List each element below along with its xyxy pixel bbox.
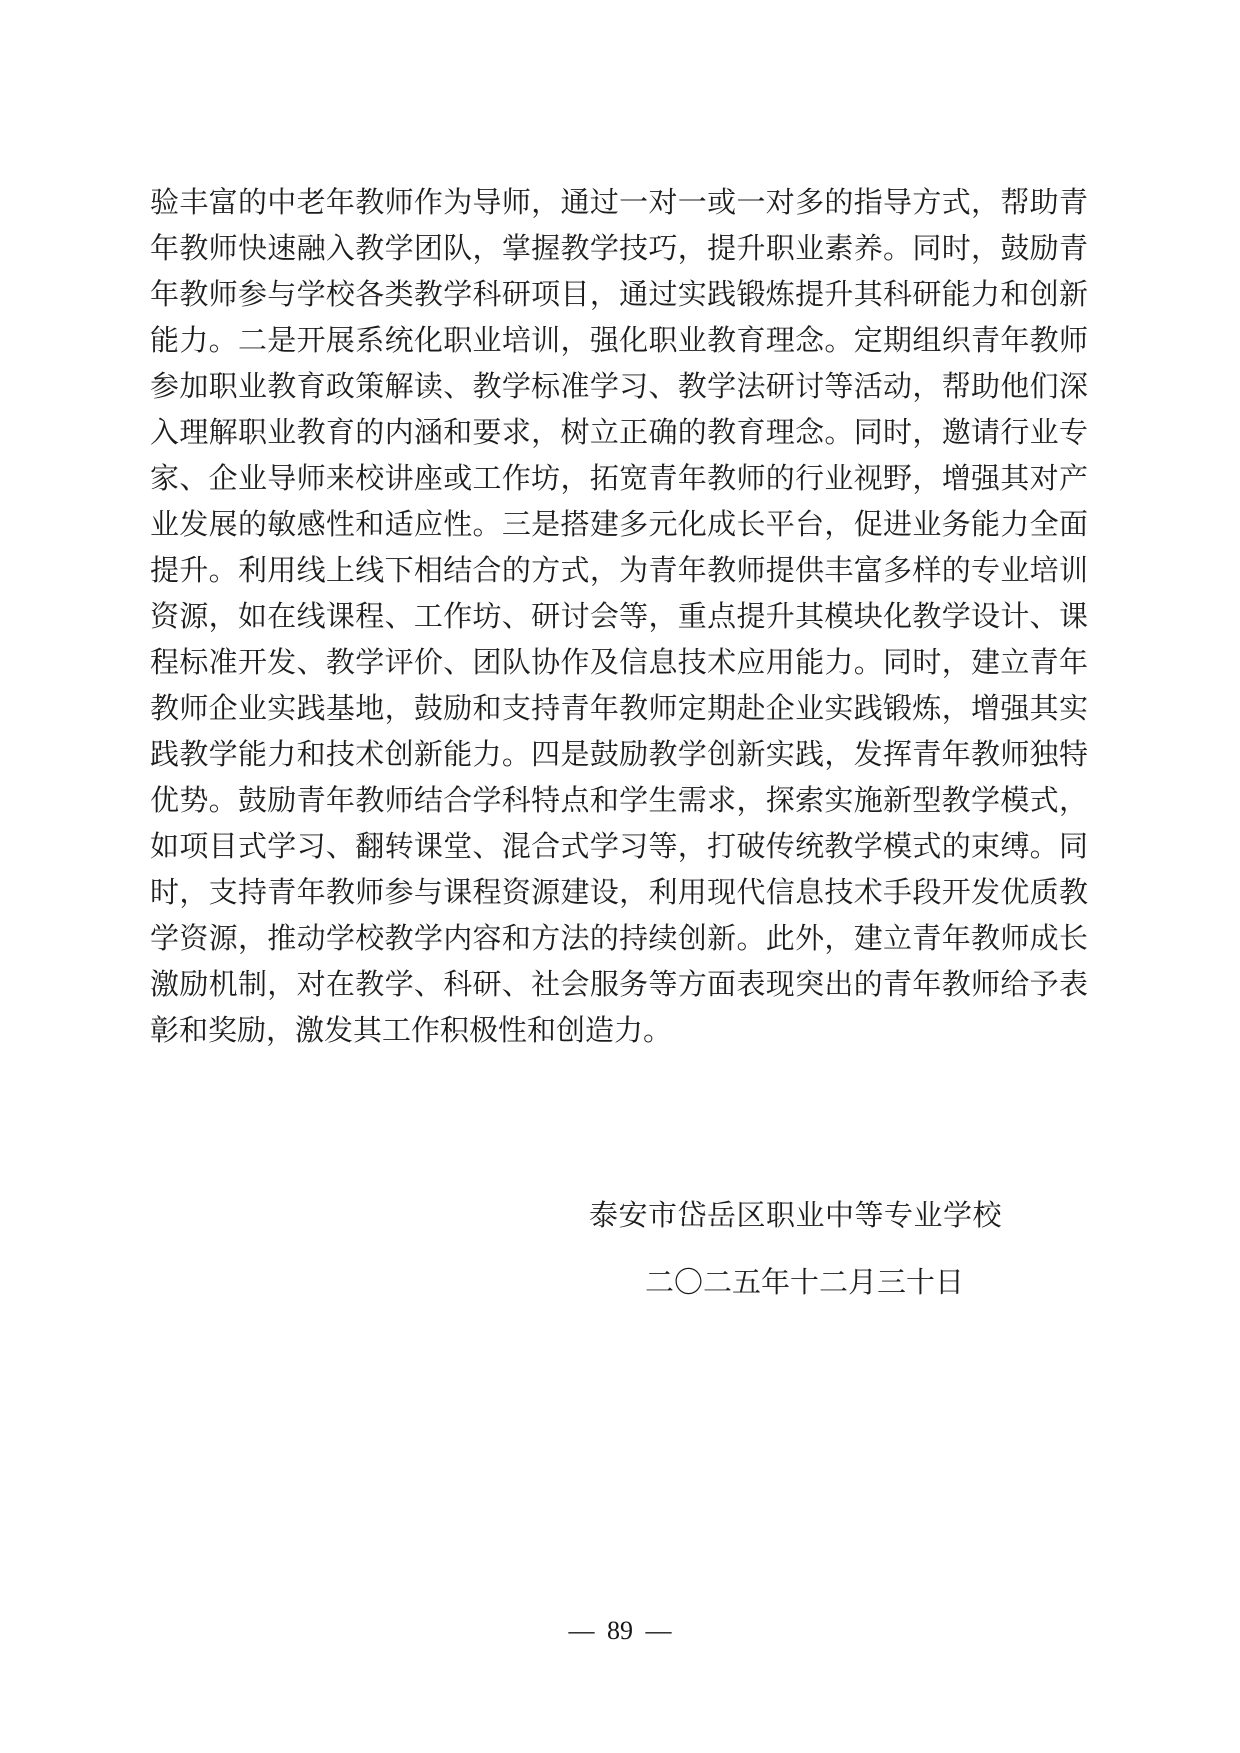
body-text-line: 时，支持青年教师参与课程资源建设，利用现代信息技术手段开发优质教 <box>150 869 1088 915</box>
body-text-line: 业发展的敏感性和适应性。三是搭建多元化成长平台，促进业务能力全面 <box>150 501 1088 547</box>
body-text-line: 如项目式学习、翻转课堂、混合式学习等，打破传统教学模式的束缚。同 <box>150 823 1088 869</box>
body-text-line: 激励机制，对在教学、科研、社会服务等方面表现突出的青年教师给予表 <box>150 961 1088 1007</box>
body-text-line: 彰和奖励，激发其工作积极性和创造力。 <box>150 1007 1088 1053</box>
signature-school-name: 泰安市岱岳区职业中等专业学校 <box>589 1195 1002 1235</box>
document-page: 验丰富的中老年教师作为导师，通过一对一或一对多的指导方式，帮助青年教师快速融入教… <box>0 0 1240 1753</box>
body-text-line: 验丰富的中老年教师作为导师，通过一对一或一对多的指导方式，帮助青 <box>150 179 1088 225</box>
signature-date: 二〇二五年十二月三十日 <box>645 1262 964 1302</box>
body-text-line: 践教学能力和技术创新能力。四是鼓励教学创新实践，发挥青年教师独特 <box>150 731 1088 777</box>
body-text-line: 程标准开发、教学评价、团队协作及信息技术应用能力。同时，建立青年 <box>150 639 1088 685</box>
body-text-line: 年教师快速融入教学团队，掌握教学技巧，提升职业素养。同时，鼓励青 <box>150 225 1088 271</box>
page-number: — 89 — <box>0 1616 1240 1646</box>
body-text-line: 入理解职业教育的内涵和要求，树立正确的教育理念。同时，邀请行业专 <box>150 409 1088 455</box>
body-text-line: 能力。二是开展系统化职业培训，强化职业教育理念。定期组织青年教师 <box>150 317 1088 363</box>
body-text-line: 参加职业教育政策解读、教学标准学习、教学法研讨等活动，帮助他们深 <box>150 363 1088 409</box>
body-text-line: 优势。鼓励青年教师结合学科特点和学生需求，探索实施新型教学模式， <box>150 777 1088 823</box>
body-text-line: 资源，如在线课程、工作坊、研讨会等，重点提升其模块化教学设计、课 <box>150 593 1088 639</box>
body-text-line: 提升。利用线上线下相结合的方式，为青年教师提供丰富多样的专业培训 <box>150 547 1088 593</box>
body-text-line: 教师企业实践基地，鼓励和支持青年教师定期赴企业实践锻炼，增强其实 <box>150 685 1088 731</box>
body-text: 验丰富的中老年教师作为导师，通过一对一或一对多的指导方式，帮助青年教师快速融入教… <box>150 179 1088 1053</box>
body-text-line: 家、企业导师来校讲座或工作坊，拓宽青年教师的行业视野，增强其对产 <box>150 455 1088 501</box>
body-text-line: 年教师参与学校各类教学科研项目，通过实践锻炼提升其科研能力和创新 <box>150 271 1088 317</box>
body-text-line: 学资源，推动学校教学内容和方法的持续创新。此外，建立青年教师成长 <box>150 915 1088 961</box>
